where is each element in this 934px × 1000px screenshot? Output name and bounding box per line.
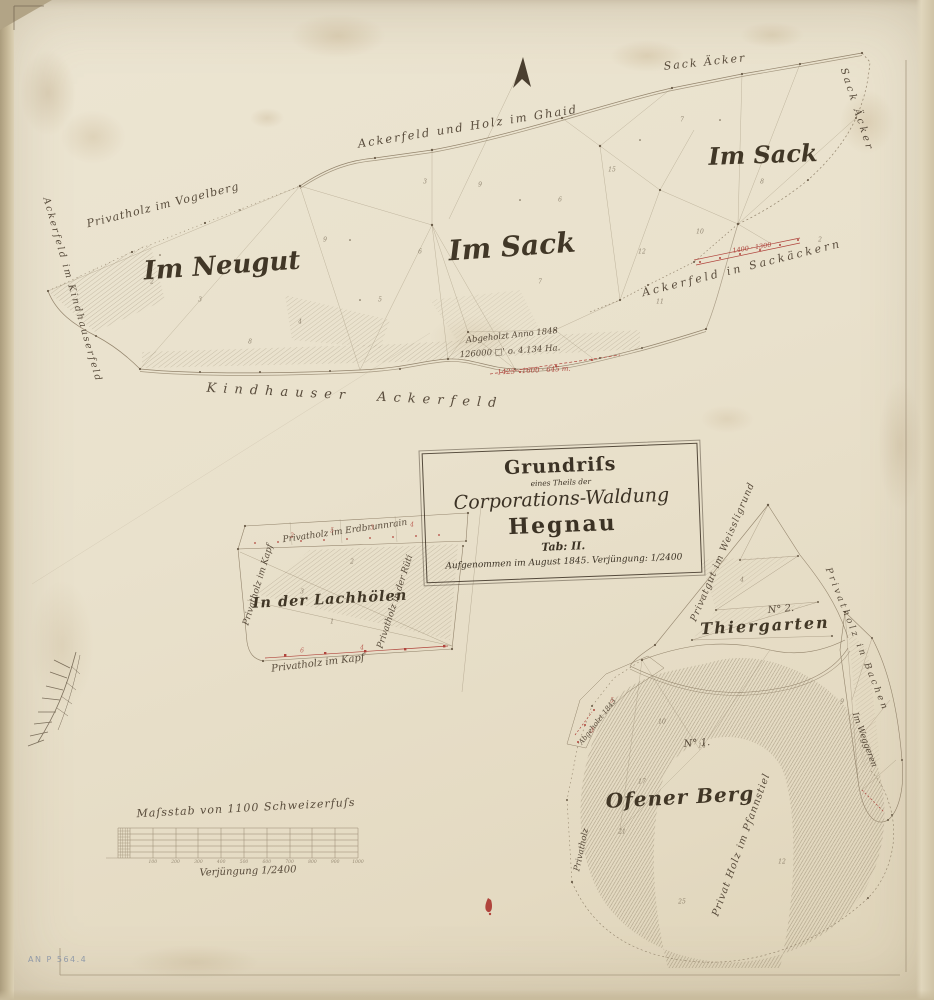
plot-number: 15 [608, 167, 616, 174]
scale-tick-label: 200 [171, 860, 180, 865]
plot-number: 3 [590, 728, 594, 735]
region-label-sack-center: Im Sack [448, 229, 577, 266]
plot-number: 12 [778, 859, 786, 866]
plot-number: 7 [680, 117, 684, 124]
archive-signature: AN P 564.4 [28, 956, 87, 964]
scale-tick-label: 100 [149, 860, 158, 865]
plot-number: 9 [478, 182, 482, 189]
plot-number: 9 [323, 237, 327, 244]
title-cartouche: Grundriſs eines Theils der Corporations-… [422, 443, 703, 583]
plot-number: 21 [618, 829, 626, 836]
plot-number: 5 [610, 698, 614, 705]
plot-number: 10 [658, 719, 666, 726]
plot-number: 2 [350, 559, 354, 566]
plot-number: 11 [656, 299, 664, 306]
plot-number: 2 [818, 237, 822, 244]
plot-number: 1 [330, 619, 334, 626]
plot-number: 12 [638, 249, 646, 256]
plot-number: 6 [700, 597, 704, 604]
scanned-map-sheet: Privatholz im Vogelberg Ackerfeld und Ho… [0, 0, 934, 1000]
plot-number: 6 [418, 249, 422, 256]
plot-number: 8 [760, 179, 764, 186]
plot-number: 4 [410, 522, 414, 529]
plot-number: 3 [198, 297, 202, 304]
scale-tick-label: 600 [263, 860, 272, 865]
plot-number: 17 [638, 779, 646, 786]
scale-tick-label: 500 [240, 860, 249, 865]
plot-number: 4 [360, 645, 364, 652]
plot-number: 5 [378, 297, 382, 304]
scale-tick-label: 300 [194, 860, 203, 865]
north-arrow-head [513, 57, 531, 88]
scale-tick-label: 800 [308, 860, 317, 865]
region-label-sack-right: Im Sack [708, 141, 818, 169]
plot-number: 6 [558, 197, 562, 204]
plot-number: 7 [538, 279, 542, 286]
plot-number: 5 [330, 528, 334, 535]
plot-number: 4 [740, 577, 744, 584]
plot-number: 8 [248, 339, 252, 346]
plot-number: 6 [300, 648, 304, 655]
scale-bar [106, 828, 358, 858]
plot-number: 10 [696, 229, 704, 236]
scale-tick-label: 400 [217, 860, 226, 865]
scale-tick-label: 1000 [352, 860, 363, 865]
plot-number: 25 [678, 899, 686, 906]
plot-number: 3 [370, 525, 374, 532]
plot-number: 3 [300, 589, 304, 596]
plot-number: 2 [290, 533, 294, 540]
region-number-ofenerberg: N° 1. [683, 738, 710, 750]
plot-number: 4 [298, 319, 302, 326]
plot-number: 2 [150, 279, 154, 286]
scale-tick-label: 900 [331, 860, 340, 865]
plot-number: 9 [840, 699, 844, 706]
plot-number: 3 [423, 179, 427, 186]
scale-tick-label: 700 [285, 860, 294, 865]
plot-number: 14 [698, 743, 706, 750]
feather-doodle [28, 652, 80, 746]
